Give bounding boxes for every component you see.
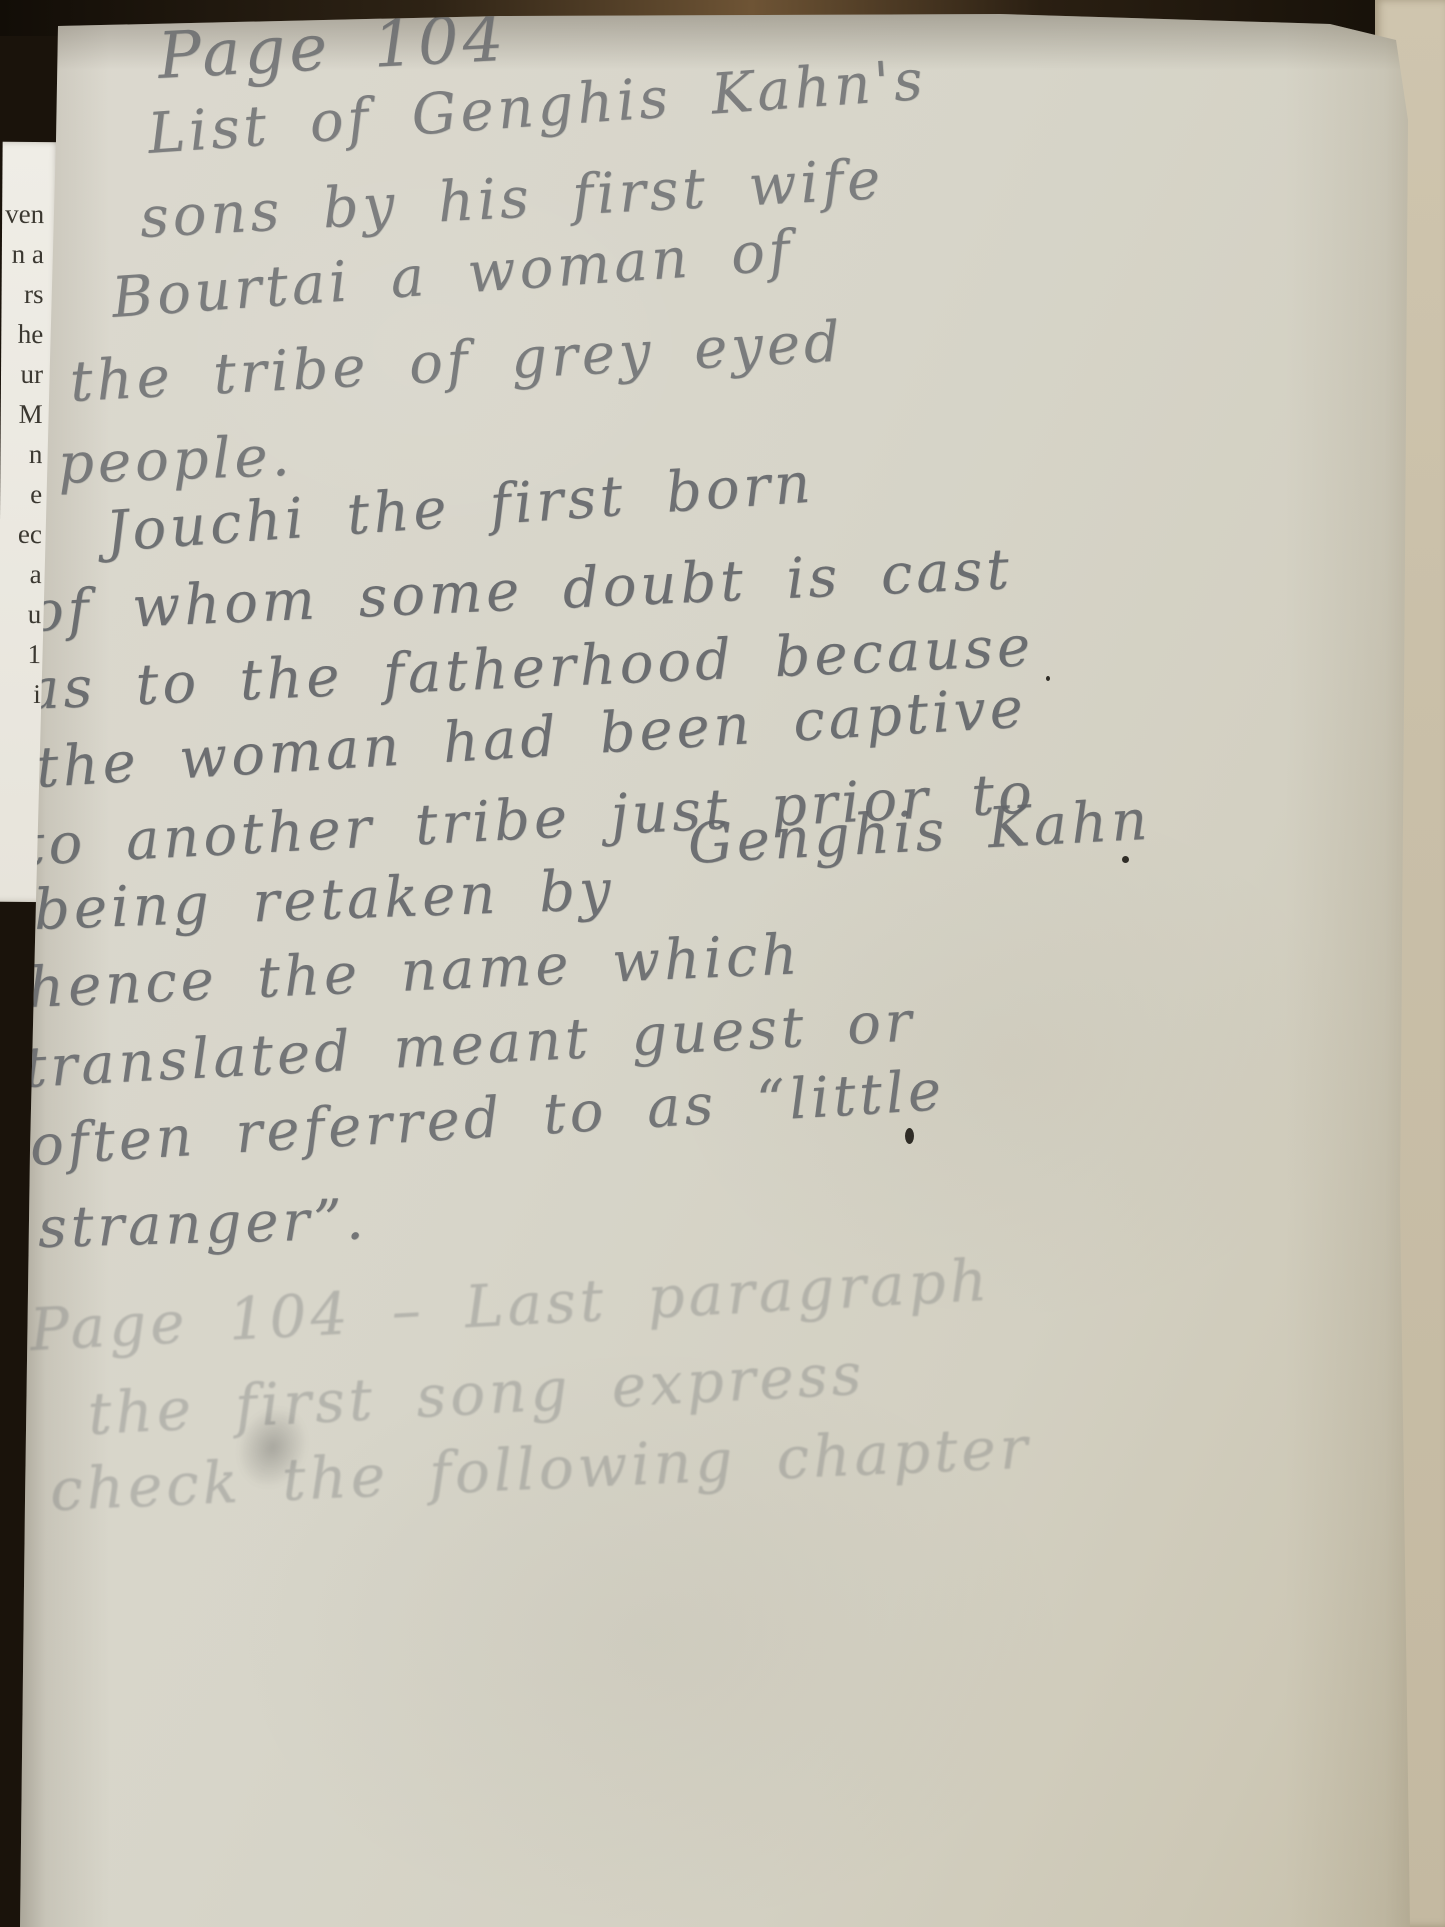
paper-speck [905, 1128, 914, 1144]
photo-of-notebook-page: ven n a rs he ur M n e ec a u 1 i Page 1… [0, 0, 1445, 1927]
printed-text-fragment: ec [0, 514, 42, 554]
printed-text-fragment: u [0, 594, 41, 634]
printed-text-fragment: he [1, 314, 43, 354]
printed-text-fragment: 1 [0, 634, 41, 674]
printed-text-fragment: rs [1, 274, 43, 314]
printed-text-fragment: e [0, 474, 42, 514]
paper-speck [1122, 856, 1129, 863]
printed-text-fragment: ur [1, 354, 43, 394]
printed-text-fragment: a [0, 554, 42, 594]
notebook-page: Page 104 List of Genghis Kahn's sons by … [0, 0, 1445, 1927]
printed-text-fragment: n [0, 434, 42, 474]
paper-speck [1046, 676, 1050, 681]
handwriting-line: people. [57, 424, 295, 497]
printed-text-fragment: ven [2, 194, 44, 234]
printed-text-column: ven n a rs he ur M n e ec a u 1 i [0, 194, 44, 714]
printed-text-fragment: n a [2, 234, 44, 274]
printed-text-fragment: M [1, 394, 43, 434]
handwriting-line: stranger”. [37, 1187, 368, 1261]
printed-text-fragment: i [0, 674, 41, 714]
